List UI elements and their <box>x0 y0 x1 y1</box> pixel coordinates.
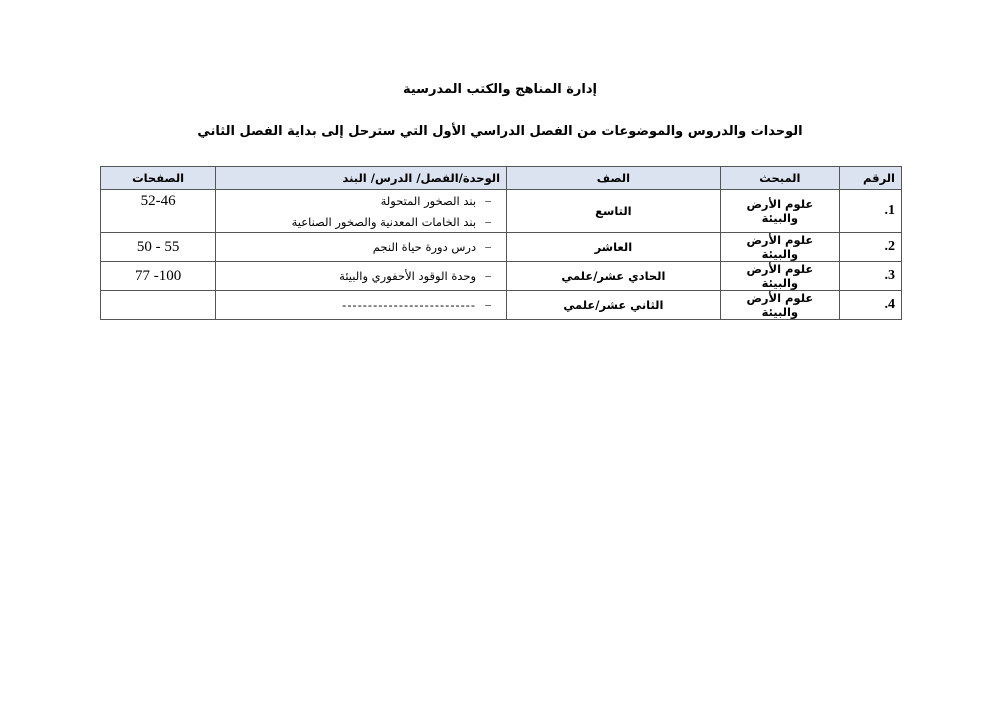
document-title: إدارة المناهج والكتب المدرسية <box>0 82 1000 97</box>
curriculum-table: الرقم المبحث الصف الوحدة/الفصل/ الدرس/ ا… <box>100 166 902 320</box>
row-pages: 100- 77 <box>101 262 216 291</box>
row-number: 3. <box>839 262 901 291</box>
unit-item-text: بند الصخور المتحولة <box>381 194 476 208</box>
row-number: 1. <box>839 190 901 233</box>
row-number: 2. <box>839 233 901 262</box>
row-subject: علوم الأرض والبيئة <box>720 291 839 320</box>
row-grade: الثاني عشر/علمي <box>507 291 721 320</box>
table-row: 2. علوم الأرض والبيئة العاشر – درس دورة … <box>101 233 902 262</box>
unit-item-text: درس دورة حياة النجم <box>373 240 476 254</box>
document-subtitle: الوحدات والدروس والموضوعات من الفصل الدر… <box>0 124 1000 139</box>
dash-bullet-icon: – <box>476 195 500 207</box>
row-subject: علوم الأرض والبيئة <box>720 233 839 262</box>
row-grade: الحادي عشر/علمي <box>507 262 721 291</box>
table-row: 1. علوم الأرض والبيئة التاسع – بند الصخو… <box>101 190 902 233</box>
header-unit: الوحدة/الفصل/ الدرس/ البند <box>216 167 507 190</box>
row-subject: علوم الأرض والبيئة <box>720 262 839 291</box>
dash-bullet-icon: – <box>476 241 500 253</box>
row-grade: التاسع <box>507 190 721 233</box>
row-unit: – درس دورة حياة النجم <box>216 233 507 262</box>
dash-bullet-icon: – <box>476 216 500 228</box>
header-number: الرقم <box>839 167 901 190</box>
row-unit: – بند الصخور المتحولة – بند الخامات المع… <box>216 190 507 233</box>
row-unit: – وحدة الوقود الأحفوري والبيئة <box>216 262 507 291</box>
unit-item: – -------------------------- <box>222 295 500 316</box>
row-number: 4. <box>839 291 901 320</box>
table-row: 4. علوم الأرض والبيئة الثاني عشر/علمي – … <box>101 291 902 320</box>
row-pages: 55 - 50 <box>101 233 216 262</box>
unit-item-text: بند الخامات المعدنية والصخور الصناعية <box>292 215 477 229</box>
dash-bullet-icon: – <box>476 299 500 311</box>
table-row: 3. علوم الأرض والبيئة الحادي عشر/علمي – … <box>101 262 902 291</box>
unit-item: – بند الصخور المتحولة <box>222 190 500 211</box>
unit-item: – بند الخامات المعدنية والصخور الصناعية <box>222 211 500 232</box>
unit-item: – درس دورة حياة النجم <box>222 237 500 258</box>
row-pages: 52-46 <box>101 190 216 233</box>
unit-item-text: -------------------------- <box>342 298 476 312</box>
row-pages <box>101 291 216 320</box>
header-subject: المبحث <box>720 167 839 190</box>
table-header-row: الرقم المبحث الصف الوحدة/الفصل/ الدرس/ ا… <box>101 167 902 190</box>
unit-item: – وحدة الوقود الأحفوري والبيئة <box>222 266 500 287</box>
row-subject: علوم الأرض والبيئة <box>720 190 839 233</box>
row-grade: العاشر <box>507 233 721 262</box>
header-pages: الصفحات <box>101 167 216 190</box>
dash-bullet-icon: – <box>476 270 500 282</box>
unit-item-text: وحدة الوقود الأحفوري والبيئة <box>339 269 476 283</box>
header-grade: الصف <box>507 167 721 190</box>
row-unit: – -------------------------- <box>216 291 507 320</box>
